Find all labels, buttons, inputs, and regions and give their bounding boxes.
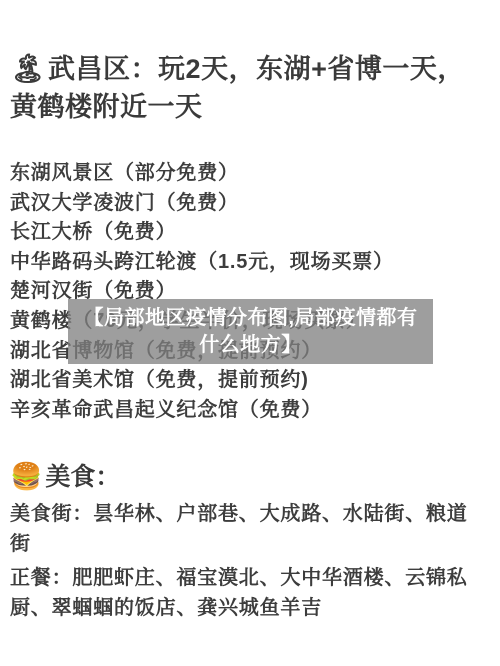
attraction-item: 湖北省美术馆（免费，提前预约) — [10, 366, 470, 396]
attraction-item: 东湖风景区（部分免费） — [10, 159, 470, 189]
attraction-item: 长江大桥（免费） — [10, 218, 470, 248]
attraction-item: 辛亥革命武昌起义纪念馆（免费） — [10, 396, 470, 426]
food-item: 正餐：肥肥虾庄、福宝漠北、大中华酒楼、云锦私厨、翠蝈蝈的饭店、龚兴城鱼羊吉 — [10, 563, 470, 623]
hamburger-icon: 🍔 — [10, 461, 42, 491]
attraction-item: 中华路码头跨江轮渡（1.5元，现场买票） — [10, 248, 470, 278]
post-title-line2: 黄鹤楼附近一天 — [10, 88, 470, 126]
attractions-list: 东湖风景区（部分免费） 武汉大学凌波门（免费） 长江大桥（免费） 中华路码头跨江… — [10, 159, 470, 425]
food-section-heading: 🍔美食： — [10, 458, 470, 495]
food-heading-label: 美食： — [45, 463, 120, 491]
watermark-overlay: 【局部地区疫情分布图,局部疫情都有 什么地方】 — [68, 299, 433, 364]
palm-island-icon: 🏝 — [10, 53, 46, 84]
post-title-line1: 武昌区：玩2天，东湖+省博一天， — [48, 54, 465, 84]
food-list: 美食街：昙华林、户部巷、大成路、水陆街、粮道街 正餐：肥肥虾庄、福宝漠北、大中华… — [10, 499, 470, 623]
post-page: 🏝武昌区：玩2天，东湖+省博一天，黄鹤楼附近一天 东湖风景区（部分免费） 武汉大… — [0, 0, 500, 666]
watermark-text-line2: 什么地方】 — [199, 332, 302, 359]
post-title: 🏝武昌区：玩2天，东湖+省博一天，黄鹤楼附近一天 — [10, 50, 470, 126]
attraction-item: 武汉大学凌波门（免费） — [10, 189, 470, 219]
food-item: 美食街：昙华林、户部巷、大成路、水陆街、粮道街 — [10, 499, 470, 559]
watermark-text-line1: 【局部地区疫情分布图,局部疫情都有 — [83, 305, 417, 332]
